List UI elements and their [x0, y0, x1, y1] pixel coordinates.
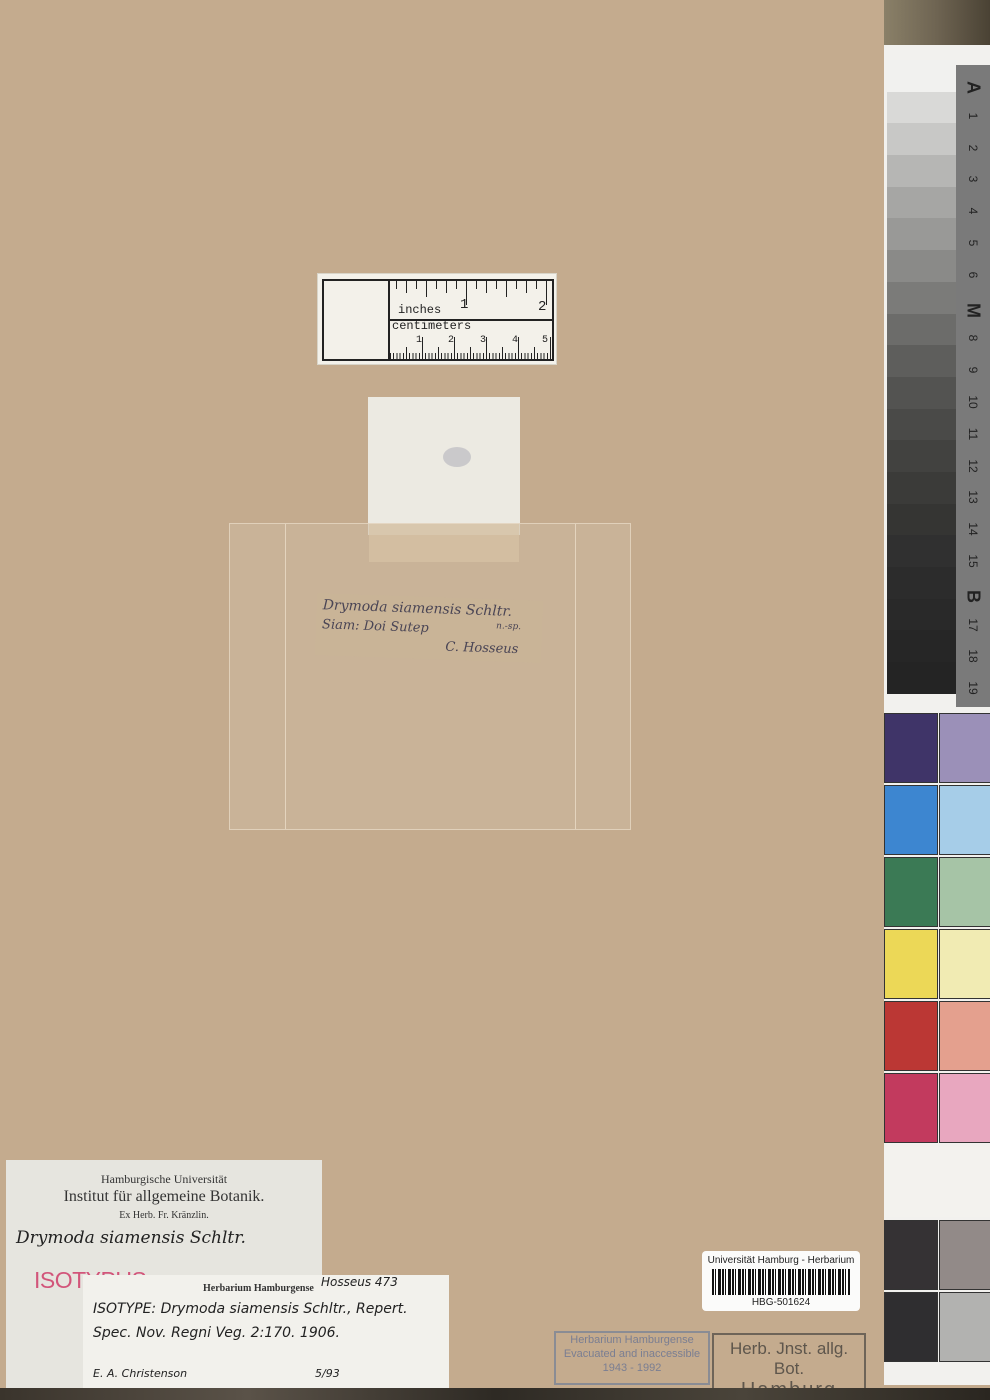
- catalog-number: HBG-501624: [702, 1297, 860, 1308]
- dark-swatch-1-left: [884, 1220, 938, 1290]
- slip-collector: C. Hosseus: [445, 640, 518, 658]
- scale-label: 9: [966, 353, 980, 387]
- institute-stamp-line1: Herb. Jnst. allg. Bot.: [714, 1339, 864, 1379]
- inches-label: inches: [398, 303, 441, 317]
- scale-label: 11: [966, 417, 980, 451]
- color-swatch-2-left: [884, 785, 938, 855]
- ex-herbarium: Ex Herb. Fr. Kränzlin.: [6, 1210, 322, 1221]
- evacuated-stamp-line1: Herbarium Hamburgense: [556, 1333, 708, 1347]
- color-calibration-card: A123456M89101112131415B171819: [884, 45, 990, 1385]
- dark-swatch-2-left: [884, 1292, 938, 1362]
- gray-step-19: [887, 630, 957, 662]
- grayscale-scale-labels: A123456M89101112131415B171819: [956, 65, 990, 707]
- packet-fold-left: [285, 524, 286, 829]
- packet-tape: [369, 524, 519, 562]
- packet-fold-right: [575, 524, 576, 829]
- inch-mark-2: 2: [538, 299, 546, 315]
- scale-label: 17: [966, 608, 980, 642]
- gray-step-14: [887, 472, 957, 504]
- scale-label: 18: [966, 639, 980, 673]
- barcode: [712, 1269, 850, 1295]
- determination-date: 5/93: [315, 1367, 340, 1380]
- gray-step-4: [887, 155, 957, 187]
- scale-label: 12: [966, 449, 980, 483]
- cm-mark-5: 5: [542, 335, 548, 346]
- dark-swatch-2-right: [939, 1292, 990, 1362]
- slip-species-name: Drymoda siamensis Schltr.: [322, 597, 512, 620]
- gray-step-5: [887, 187, 957, 219]
- inch-mark-1: 1: [460, 297, 468, 313]
- gray-step-7: [887, 250, 957, 282]
- scanner-background: [884, 0, 990, 45]
- university-name: Hamburgische Universität: [6, 1172, 322, 1187]
- color-swatch-4-left: [884, 929, 938, 999]
- gray-step-11: [887, 377, 957, 409]
- scale-label: 5: [966, 226, 980, 260]
- barcode-label: Universität Hamburg - Herbarium HBG-5016…: [702, 1251, 860, 1311]
- color-swatch-5-left: [884, 1001, 938, 1071]
- paper-fragment: [368, 397, 520, 535]
- gray-step-16: [887, 535, 957, 567]
- specimen-stain: [443, 447, 471, 467]
- gray-step-10: [887, 345, 957, 377]
- gray-step-12: [887, 409, 957, 441]
- gray-step-15: [887, 504, 957, 536]
- gray-step-18: [887, 599, 957, 631]
- scanner-edge: [0, 1388, 990, 1400]
- institute-name: Institut für allgemeine Botanik.: [6, 1188, 322, 1206]
- gray-step-20: [887, 662, 957, 694]
- herbarium-label: Herbarium Hamburgense Hosseus 473 ISOTYP…: [83, 1275, 449, 1390]
- evacuated-stamp: Herbarium Hamburgense Evacuated and inac…: [554, 1331, 710, 1385]
- color-swatch-1-left: [884, 713, 938, 783]
- scale-label: 4: [966, 194, 980, 228]
- gray-step-2: [887, 92, 957, 124]
- scale-label: 10: [966, 385, 980, 419]
- scale-label: 8: [966, 321, 980, 355]
- color-swatch-6-right: [939, 1073, 990, 1143]
- gray-step-17: [887, 567, 957, 599]
- color-swatch-2-right: [939, 785, 990, 855]
- gray-step-1: [887, 60, 957, 92]
- determiner: E. A. Christenson: [93, 1367, 187, 1380]
- gray-step-3: [887, 123, 957, 155]
- herbarium-header: Herbarium Hamburgense: [203, 1283, 314, 1294]
- gray-step-13: [887, 440, 957, 472]
- ruler-frame: inches 1 2 centimeters 1 2 3 4 5: [322, 279, 554, 361]
- scale-label: 1: [966, 99, 980, 133]
- scale-label: 3: [966, 162, 980, 196]
- specimen-packet: [229, 523, 631, 830]
- scale-label: 15: [966, 544, 980, 578]
- color-swatch-1-right: [939, 713, 990, 783]
- handwritten-slip: Drymoda siamensis Schltr. Siam: Doi Sute…: [315, 593, 543, 663]
- scale-label: 14: [966, 512, 980, 546]
- ruler-inches-row: inches 1 2: [390, 281, 552, 321]
- color-swatch-5-right: [939, 1001, 990, 1071]
- scale-label: 2: [966, 131, 980, 165]
- institute-stamp: Herb. Jnst. allg. Bot. Hamburg: [712, 1333, 866, 1394]
- isotype-citation-line1: ISOTYPE: Drymoda siamensis Schltr., Repe…: [93, 1301, 408, 1317]
- color-swatch-4-right: [939, 929, 990, 999]
- gray-step-9: [887, 314, 957, 346]
- scale-ruler: inches 1 2 centimeters 1 2 3 4 5: [317, 273, 557, 365]
- color-swatch-6-left: [884, 1073, 938, 1143]
- gray-step-8: [887, 282, 957, 314]
- color-swatch-3-right: [939, 857, 990, 927]
- scale-label: 13: [966, 480, 980, 514]
- ruler-centimeters-row: centimeters 1 2 3 4 5: [390, 321, 552, 359]
- handwritten-species-name: Drymoda siamensis Schltr.: [16, 1228, 246, 1248]
- grayscale-steps: [887, 60, 957, 694]
- scale-label: 19: [966, 671, 980, 705]
- scale-label: 6: [966, 258, 980, 292]
- barcode-title: Universität Hamburg - Herbarium: [702, 1255, 860, 1266]
- evacuated-stamp-years: 1943 - 1992: [556, 1361, 708, 1375]
- gray-step-6: [887, 218, 957, 250]
- evacuated-stamp-line2: Evacuated and inaccessible: [556, 1347, 708, 1361]
- color-swatch-3-left: [884, 857, 938, 927]
- dark-swatch-1-right: [939, 1220, 990, 1290]
- isotype-citation-line2: Spec. Nov. Regni Veg. 2:170. 1906.: [93, 1325, 340, 1341]
- ruler-blank-area: [324, 281, 390, 359]
- centimeters-label: centimeters: [392, 319, 471, 333]
- slip-locality: Siam: Doi Sutep: [322, 617, 429, 636]
- white-patch: [884, 1147, 990, 1217]
- slip-annotation: n.-sp.: [496, 621, 521, 632]
- collector-number: Hosseus 473: [321, 1275, 398, 1289]
